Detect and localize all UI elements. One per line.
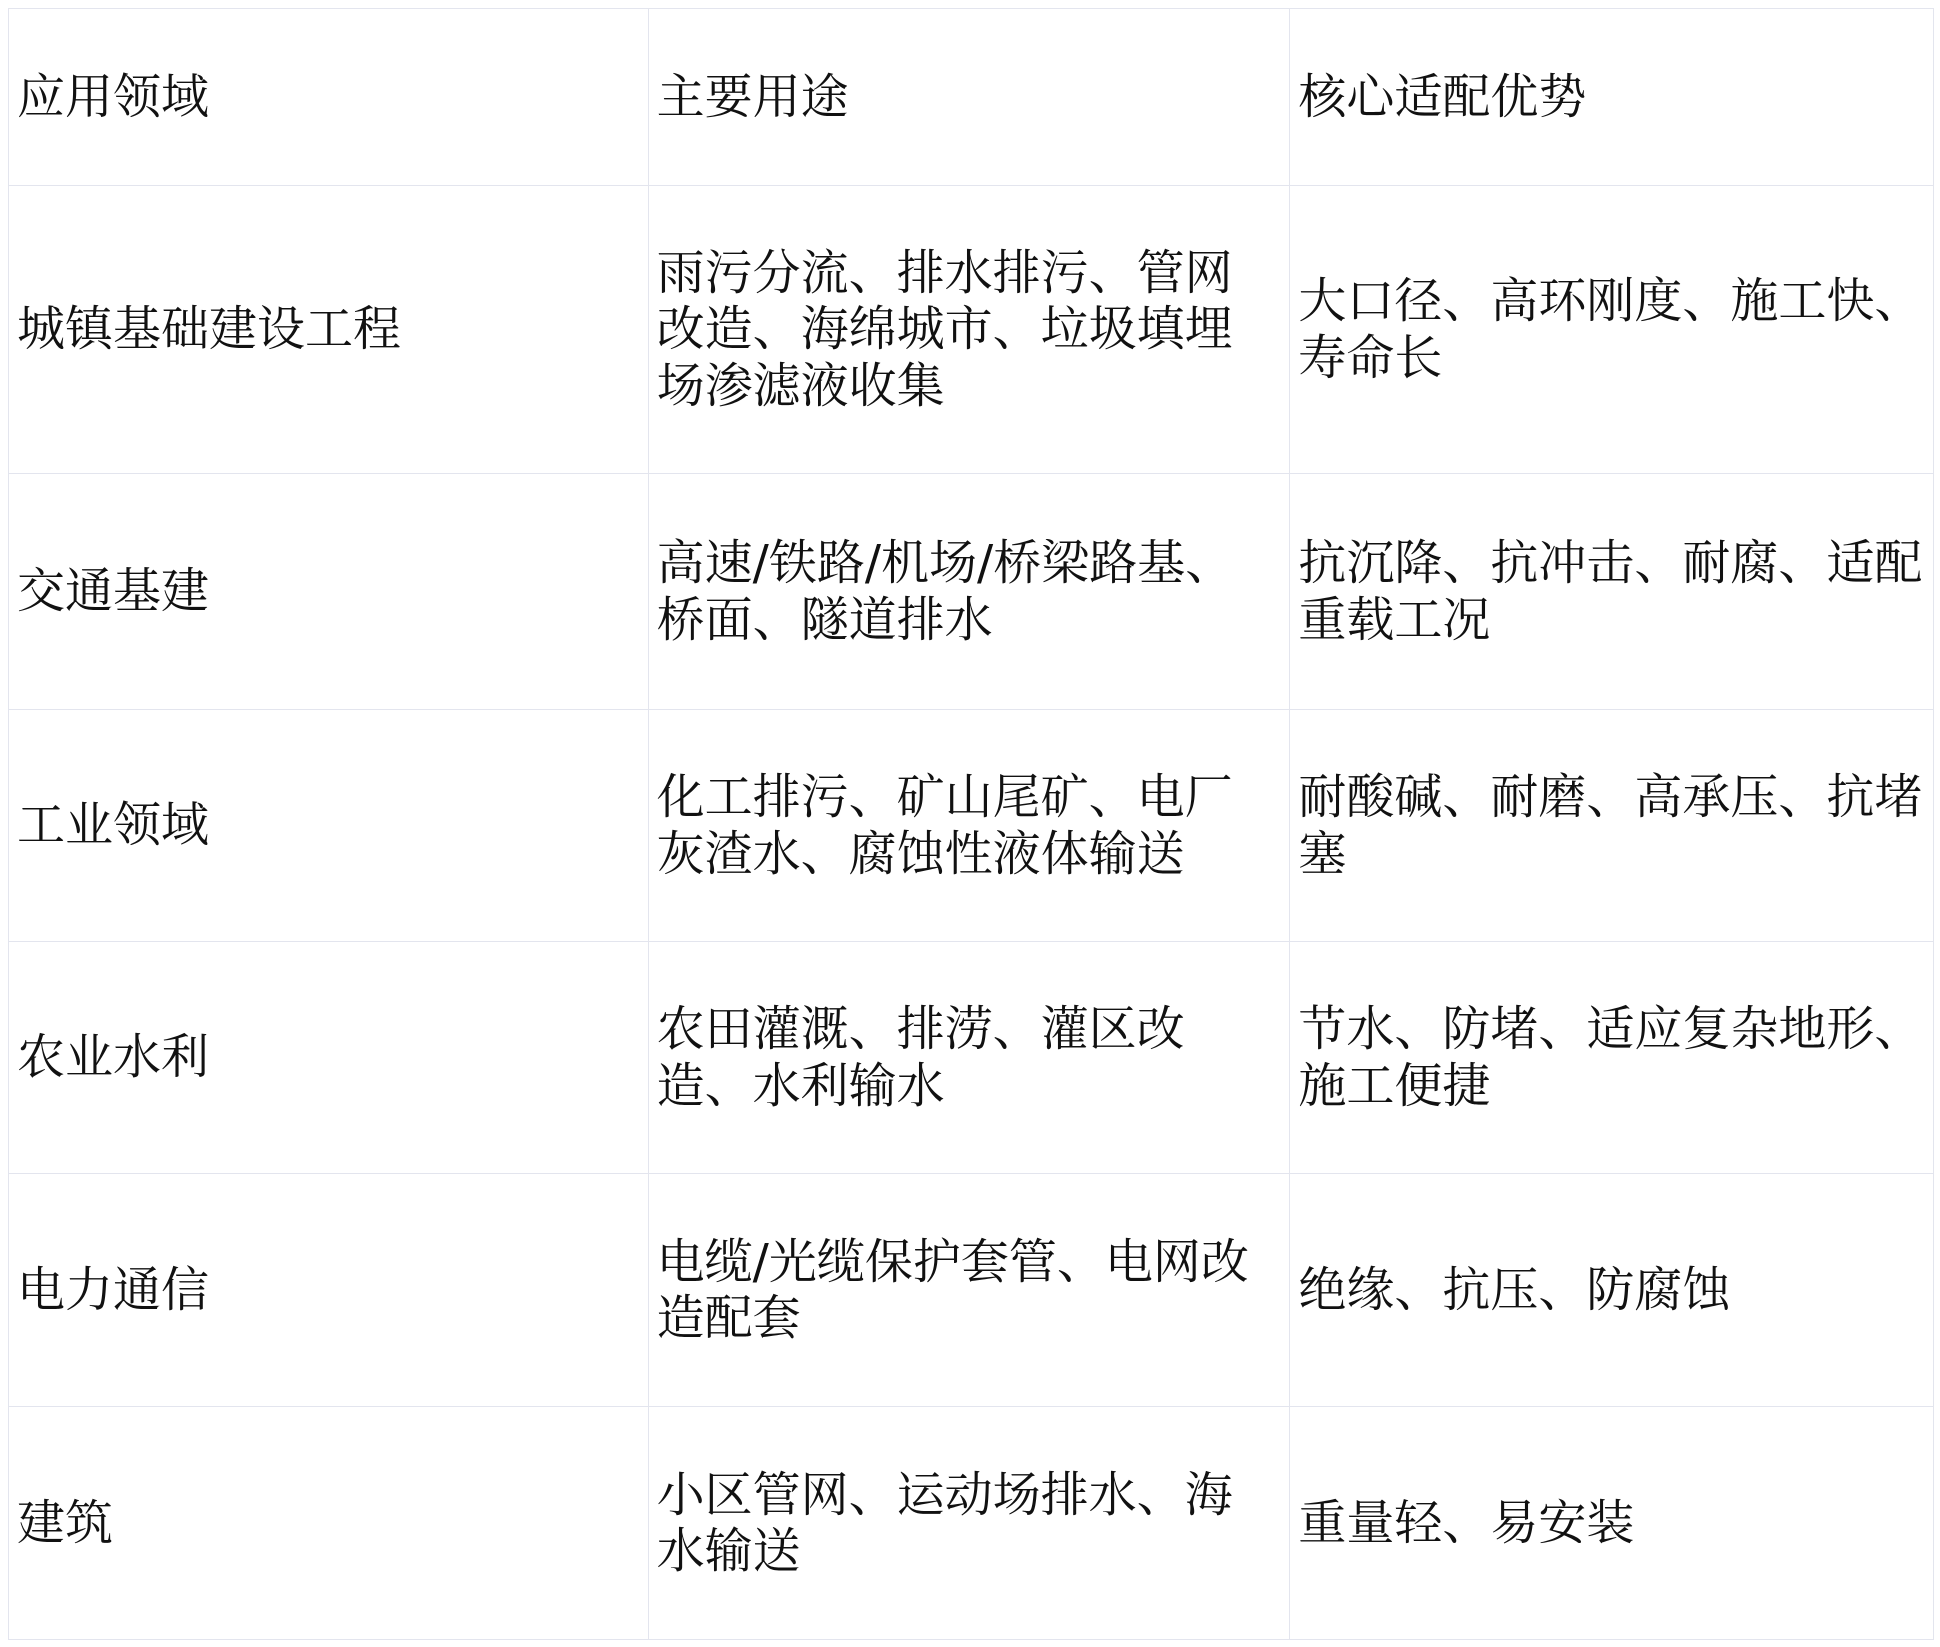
table-row: 交通基建 高速/铁路/机场/桥梁路基、桥面、隧道排水 抗沉降、抗冲击、耐腐、适配… — [9, 474, 1934, 710]
cell-text: 电力通信 — [17, 1262, 209, 1318]
table-row: 农业水利 农田灌溉、排涝、灌区改造、水利输水 节水、防堵、适应复杂地形、施工便捷 — [9, 942, 1934, 1174]
cell-text: 建筑 — [17, 1495, 113, 1551]
column-header-label: 主要用途 — [657, 69, 849, 125]
column-header-main-uses: 主要用途 — [649, 9, 1291, 186]
cell-application-field: 工业领域 — [9, 710, 649, 942]
cell-application-field: 城镇基础建设工程 — [9, 186, 649, 474]
table-row: 工业领域 化工排污、矿山尾矿、电厂灰渣水、腐蚀性液体输送 耐酸碱、耐磨、高承压、… — [9, 710, 1934, 942]
cell-text: 工业领域 — [17, 797, 209, 853]
table-row: 建筑 小区管网、运动场排水、海水输送 重量轻、易安装 — [9, 1407, 1934, 1640]
cell-text: 大口径、高环刚度、施工快、寿命长 — [1298, 273, 1929, 385]
table-header-row: 应用领域 主要用途 核心适配优势 — [9, 9, 1934, 186]
cell-text: 电缆/光缆保护套管、电网改造配套 — [657, 1234, 1276, 1346]
cell-text: 城镇基础建设工程 — [17, 301, 401, 357]
cell-text: 农田灌溉、排涝、灌区改造、水利输水 — [657, 1001, 1276, 1113]
column-header-application-field: 应用领域 — [9, 9, 649, 186]
cell-application-field: 电力通信 — [9, 1174, 649, 1407]
applications-table: 应用领域 主要用途 核心适配优势 城镇基础建设工程 雨污分流、排水排污、管网改造… — [8, 8, 1934, 1640]
cell-core-advantages: 绝缘、抗压、防腐蚀 — [1290, 1174, 1934, 1407]
cell-text: 绝缘、抗压、防腐蚀 — [1298, 1262, 1730, 1318]
cell-main-uses: 电缆/光缆保护套管、电网改造配套 — [649, 1174, 1291, 1407]
cell-core-advantages: 大口径、高环刚度、施工快、寿命长 — [1290, 186, 1934, 474]
cell-main-uses: 小区管网、运动场排水、海水输送 — [649, 1407, 1291, 1640]
column-header-label: 核心适配优势 — [1298, 69, 1586, 125]
cell-application-field: 交通基建 — [9, 474, 649, 710]
column-header-core-advantages: 核心适配优势 — [1290, 9, 1934, 186]
cell-application-field: 建筑 — [9, 1407, 649, 1640]
table-row: 电力通信 电缆/光缆保护套管、电网改造配套 绝缘、抗压、防腐蚀 — [9, 1174, 1934, 1407]
cell-text: 化工排污、矿山尾矿、电厂灰渣水、腐蚀性液体输送 — [657, 769, 1276, 881]
cell-text: 高速/铁路/机场/桥梁路基、桥面、隧道排水 — [657, 535, 1276, 647]
cell-main-uses: 农田灌溉、排涝、灌区改造、水利输水 — [649, 942, 1291, 1174]
cell-text: 农业水利 — [17, 1029, 209, 1085]
cell-core-advantages: 节水、防堵、适应复杂地形、施工便捷 — [1290, 942, 1934, 1174]
cell-text: 重量轻、易安装 — [1298, 1495, 1634, 1551]
cell-main-uses: 高速/铁路/机场/桥梁路基、桥面、隧道排水 — [649, 474, 1291, 710]
cell-text: 节水、防堵、适应复杂地形、施工便捷 — [1298, 1001, 1929, 1113]
cell-core-advantages: 耐酸碱、耐磨、高承压、抗堵塞 — [1290, 710, 1934, 942]
cell-text: 雨污分流、排水排污、管网改造、海绵城市、垃圾填埋场渗滤液收集 — [657, 245, 1276, 413]
cell-text: 耐酸碱、耐磨、高承压、抗堵塞 — [1298, 769, 1929, 881]
column-header-label: 应用领域 — [17, 69, 209, 125]
cell-main-uses: 雨污分流、排水排污、管网改造、海绵城市、垃圾填埋场渗滤液收集 — [649, 186, 1291, 474]
cell-main-uses: 化工排污、矿山尾矿、电厂灰渣水、腐蚀性液体输送 — [649, 710, 1291, 942]
cell-core-advantages: 抗沉降、抗冲击、耐腐、适配重载工况 — [1290, 474, 1934, 710]
table-row: 城镇基础建设工程 雨污分流、排水排污、管网改造、海绵城市、垃圾填埋场渗滤液收集 … — [9, 186, 1934, 474]
cell-application-field: 农业水利 — [9, 942, 649, 1174]
cell-text: 抗沉降、抗冲击、耐腐、适配重载工况 — [1298, 535, 1929, 647]
cell-core-advantages: 重量轻、易安装 — [1290, 1407, 1934, 1640]
cell-text: 小区管网、运动场排水、海水输送 — [657, 1467, 1276, 1579]
cell-text: 交通基建 — [17, 563, 209, 619]
